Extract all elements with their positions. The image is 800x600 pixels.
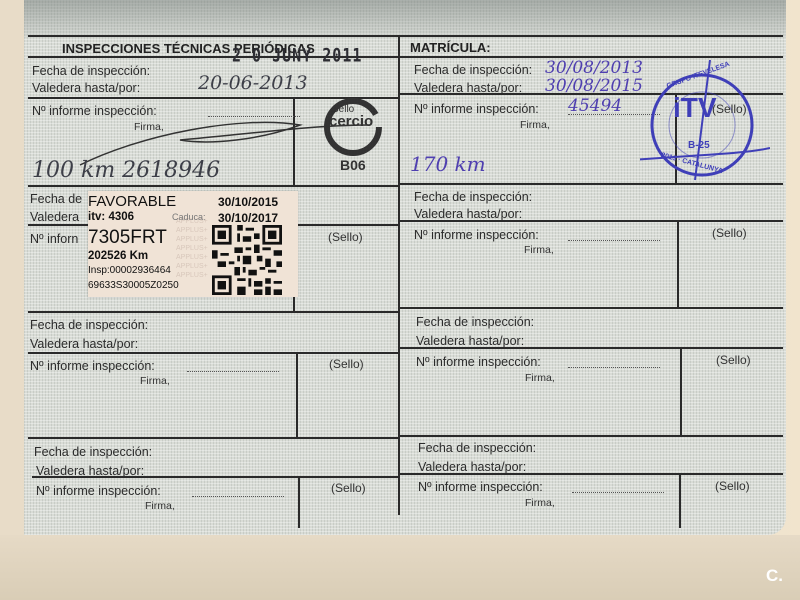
inspection-date-label: Fecha de inspección:	[416, 315, 534, 329]
divider	[677, 220, 679, 308]
sticker-expires-label: Caduca:	[172, 212, 206, 222]
handwritten-note: 170 km	[410, 152, 486, 176]
report-number-field	[192, 496, 284, 497]
report-number-label: Nº informe inspección:	[414, 228, 539, 242]
handwritten-report-number: 45494	[568, 96, 622, 116]
background-bottom	[0, 535, 800, 600]
valid-until-label: Valedera hasta/por:	[414, 81, 522, 95]
itv-sticker: APPLUS+ APPLUS+ APPLUS+ APPLUS+ APPLUS+ …	[88, 191, 298, 297]
sticker-date: 30/10/2015	[218, 195, 278, 209]
itv-stamp-center: iTV	[673, 92, 717, 124]
seal-label: (Sello)	[712, 226, 747, 240]
divider	[28, 35, 783, 37]
report-number-field	[568, 367, 660, 368]
itv-stamp-code: B-25	[688, 140, 710, 151]
report-number-label: Nº informe inspección:	[30, 359, 155, 373]
handwritten-note: 100 km 2618946	[32, 158, 220, 183]
inspection-date-label: Fecha de inspección:	[30, 318, 148, 332]
seal-label: (Sello)	[715, 479, 750, 493]
report-number-label: Nº informe inspección:	[418, 480, 543, 494]
inspection-date-label: Fecha de inspección:	[414, 63, 532, 77]
valid-until-label: Valedera hasta/por:	[36, 464, 144, 478]
divider	[400, 435, 783, 437]
date-stamp: 2 0 JUNY 2011	[232, 44, 362, 67]
signature-label: Firma,	[525, 497, 555, 509]
report-number-label: Nº informe inspección:	[414, 102, 539, 116]
divider	[296, 352, 298, 437]
watermark-letter: C.	[766, 566, 783, 586]
divider	[28, 185, 398, 187]
signature-label: Firma,	[145, 500, 175, 512]
divider	[28, 311, 398, 313]
seal-label: (Sello)	[716, 353, 751, 367]
inspection-date-label: Fecha de inspección:	[418, 441, 536, 455]
signature-label: Firma,	[525, 372, 555, 384]
divider	[680, 347, 682, 435]
divider	[298, 476, 300, 528]
valid-until-label: Valedera hasta/por:	[30, 337, 138, 351]
sticker-itv-number: itv: 4306	[88, 211, 134, 223]
handwritten-inspection-date: 30/08/2013	[545, 58, 643, 78]
sticker-result: FAVORABLE	[88, 193, 176, 210]
signature-label: Firma,	[520, 119, 550, 131]
sticker-expires: 30/10/2017	[218, 211, 278, 225]
valid-until-label: Valedera hasta/por:	[416, 334, 524, 348]
sticker-code: 69633S30005Z0250	[88, 280, 179, 291]
inspection-date-label-partial: Fecha de	[30, 192, 82, 206]
sticker-insp: Insp:00002936464	[88, 265, 171, 276]
divider	[679, 473, 681, 528]
divider	[400, 307, 783, 309]
valid-until-label: Valedera hasta/por:	[32, 81, 140, 95]
page-fold-shadow	[24, 0, 786, 38]
center-divider	[398, 35, 400, 515]
signature-label: Firma,	[524, 244, 554, 256]
seal-label: (Sello)	[331, 481, 366, 495]
valid-until-label-partial: Valedera	[30, 210, 79, 224]
report-number-label-partial: Nº inforn	[30, 232, 78, 246]
report-number-label: Nº informe inspección:	[36, 484, 161, 498]
report-number-label: Nº informe inspección:	[416, 355, 541, 369]
plate-label: MATRÍCULA:	[410, 40, 491, 55]
divider	[28, 437, 398, 439]
seal-label: (Sello)	[329, 357, 364, 371]
handwritten-valid-date: 30/08/2015	[545, 76, 643, 96]
report-number-field	[572, 492, 664, 493]
signature-label: Firma,	[140, 375, 170, 387]
report-number-field	[568, 240, 660, 241]
handwritten-valid-date: 20-06-2013	[198, 72, 308, 94]
seal-label: (Sello)	[712, 102, 747, 116]
sticker-km: 202526 Km	[88, 250, 148, 262]
valid-until-label: Valedera hasta/por:	[414, 207, 522, 221]
inspection-date-label: Fecha de inspección:	[32, 64, 150, 78]
divider	[28, 56, 783, 58]
inspection-date-label: Fecha de inspección:	[414, 190, 532, 204]
report-number-field	[187, 371, 279, 372]
seal-label: (Sello)	[328, 230, 363, 244]
sticker-plate: 7305FRT	[88, 227, 167, 249]
qr-code-icon	[209, 225, 285, 295]
inspection-date-label: Fecha de inspección:	[34, 445, 152, 459]
valid-until-label: Valedera hasta/por:	[418, 460, 526, 474]
divider	[28, 352, 398, 354]
